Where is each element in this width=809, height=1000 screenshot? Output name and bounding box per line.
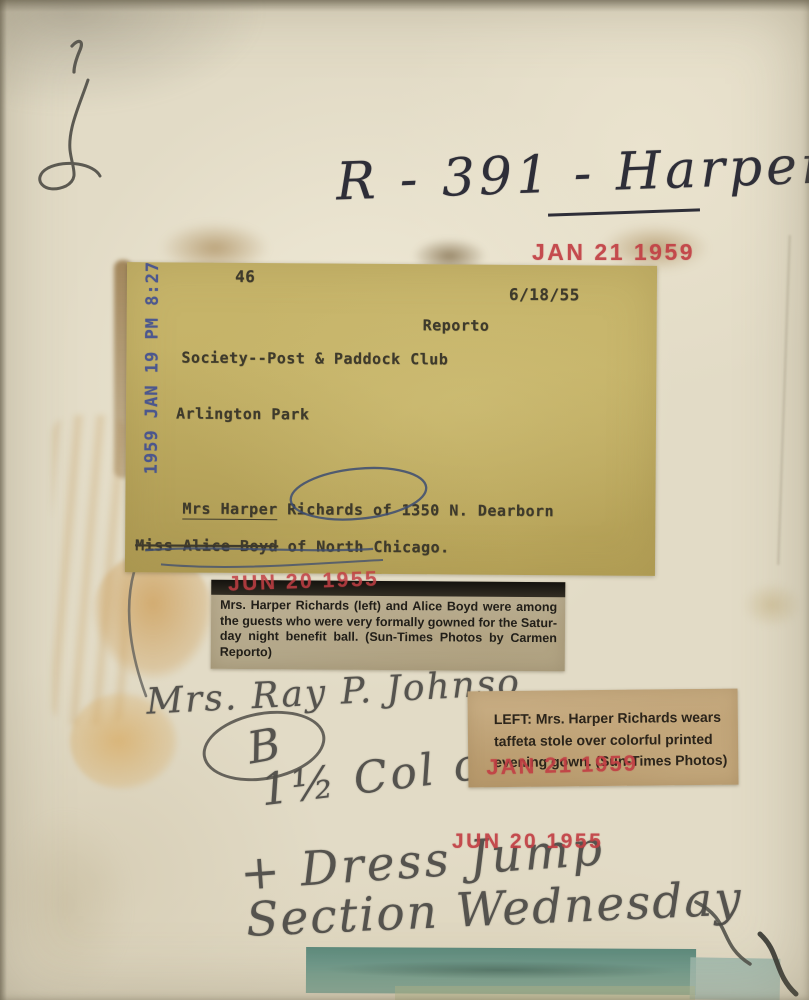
card-date: 6/18/55 (509, 285, 580, 304)
pencil-tail-strokes (688, 886, 809, 1000)
card-subject: Society--Post & Paddock Club (181, 349, 448, 369)
received-time-stamp: 1959 JAN 19 PM 8:27 (142, 264, 163, 474)
date-stamp-jan-1959: JAN 21 1959 (486, 750, 638, 780)
date-stamp-jun-1955: JUN 20 1955 (452, 830, 603, 854)
pen-strike-underline (143, 544, 433, 572)
catalog-handwriting: R - 391 - Harper Mrs. (335, 132, 809, 213)
paper-crease (777, 235, 791, 565)
date-stamp-jan-1959: JAN 21 1959 (532, 239, 695, 266)
clipping-caption-text: Mrs. Harper Richards (left) and Alice Bo… (211, 595, 565, 662)
faint-stain (742, 582, 802, 628)
card-number: 46 (235, 267, 255, 286)
caption-line: day night benefit ball. (Sun-Times Photo… (220, 629, 557, 647)
circled-letter: B (244, 718, 285, 774)
left-edge-shading (0, 0, 7, 1000)
catalog-number: R - 391 - Harper (335, 135, 809, 212)
pen-circle-around-richards (285, 463, 431, 526)
pen-squiggle-mark (26, 32, 136, 192)
caption-line: Mrs. Harper Richards (left) and Alice Bo… (220, 598, 557, 616)
top-edge-shading (0, 0, 809, 12)
underlined-name: Mrs Harper (182, 500, 277, 521)
faint-stain (0, 810, 130, 1000)
catalog-underline-stroke (548, 208, 700, 216)
caption-line: Reporto) (220, 644, 557, 662)
card-location: Arlington Park (176, 404, 310, 423)
assignment-card: 1959 JAN 19 PM 8:27 46 6/18/55 Reporto S… (125, 262, 657, 576)
caption-line: LEFT: Mrs. Harper Richards wears (494, 707, 727, 731)
newspaper-clipping-secondary: LEFT: Mrs. Harper Richards wears taffeta… (468, 689, 739, 788)
name-handwriting: Mrs. Ray P. Johnso (145, 662, 522, 723)
pale-strip (395, 986, 695, 1000)
photo-verso: R - 391 - Harper Mrs. JAN 21 1959 1959 J… (0, 0, 809, 1000)
caption-line: taffeta stole over colorful printed (494, 728, 727, 752)
card-photographer: Reporto (423, 316, 490, 334)
